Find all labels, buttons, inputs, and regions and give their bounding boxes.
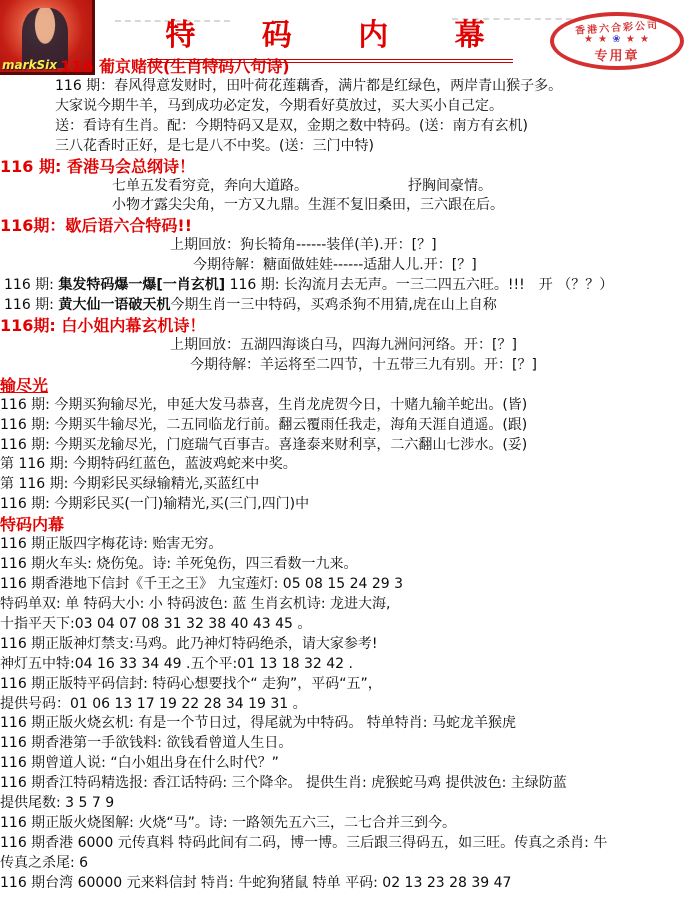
text-line: 116 期: 今期买牛输尽光，二五同临龙行前。翻云覆雨任我走，海角天涯自逍遥。(… (0, 416, 690, 436)
text-content: 小物才露尖尖角，一方又九鼎。生涯不复旧桑田，三六跟在后。 (112, 197, 504, 213)
text-content: 输尽光 (0, 376, 48, 395)
section-heading: 116期：歇后语六合特码!! (0, 216, 690, 236)
text-content: 特码单双: 单 特码大小: 小 特码波色: 蓝 生肖玄机诗: 龙进大海, (0, 596, 390, 612)
text-line: 116 期正版神灯禁支:马鸡。此乃神灯特码绝杀，请大家参考! (0, 635, 690, 655)
text-line: 第 116 期: 今期彩民买绿输精光,买蓝红中 (0, 475, 690, 495)
text-content: 116 期香港第一手欲钱料: 欲钱看曾道人生日。 (0, 735, 292, 751)
text-content: 特码内幕 (0, 515, 64, 534)
text-line: 116 期: 集发特码爆一爆[一肖玄机] 116 期: 长沟流月去无声。一三二四… (0, 276, 690, 296)
text-content: 116 期正版神灯禁支:马鸡。此乃神灯特码绝杀，请大家参考! (0, 636, 378, 652)
text-line: 116 期香江特码精选报: 香江话特码: 三个降伞。 提供生肖: 虎猴蛇马鸡 提… (0, 774, 690, 794)
text-line: 116 期火车头: 烧伤兔。诗: 羊死兔伤，四三看数一九来。 (0, 555, 690, 575)
text-line: 十指平天下:03 04 07 08 31 32 38 40 43 45 。 (0, 615, 690, 635)
text-line: 上期回放：狗长犄角------装佯(羊).开：[？] (0, 236, 690, 256)
text-line: 116 期: 今期买狗输尽光，申延大发马恭喜，生肖龙虎贺今日，十赌九输羊蛇出。(… (0, 396, 690, 416)
text-segment: 集发特码爆一爆[一肖玄机] (58, 277, 225, 293)
text-content: 116 葡京赌侠(生肖特码八句诗) (60, 57, 290, 76)
text-content: 116 期正版四字梅花诗: 贻害无穷。 (0, 536, 222, 552)
text-content: 116期: 白小姐内幕玄机诗！ (0, 316, 205, 335)
text-content: 传真之杀尾: 6 (0, 855, 88, 871)
text-content: 第 116 期: 今期特码红蓝色，蓝波鸡蛇来中奖。 (0, 456, 297, 472)
text-content: 提供尾数: 3 5 7 9 (0, 795, 114, 811)
text-line: 提供尾数: 3 5 7 9 (0, 794, 690, 814)
text-line: 116 期正版火烧图解: 火烧“马”。诗: 一路领先五六三，二七合并三到今。 (0, 814, 690, 834)
text-line: 116 期香港 6000 元传真料 特码此间有二码，博一博。三后跟三得码五，如三… (0, 834, 690, 854)
text-content: 送：看诗有生肖。配：今期特码又是双，金期之数中特码。(送：南方有玄机) (55, 118, 528, 134)
stars-right: ★ ★ (626, 34, 650, 45)
text-line: 大家说今期牛羊，马到成功必定发，今期看好莫放过，买大买小自己定。 (0, 97, 690, 117)
text-line: 神灯五中特:04 16 33 34 49 .五个平:01 13 18 32 42… (0, 655, 690, 675)
text-line: 116 期香港地下信封《千王之王》 九宝莲灯: 05 08 15 24 29 3 (0, 575, 690, 595)
text-content: 116 期正版火烧玄机: 有是一个节日过，得尾就为中特码。 特单特肖: 马蛇龙羊… (0, 715, 516, 731)
page-title: 特 码 内 幕 (147, 8, 512, 63)
text-line: 今期待解：糖面做娃娃------适甜人儿.开：[？] (0, 256, 690, 276)
text-content: 116 期: 今期买狗输尽光，申延大发马恭喜，生肖龙虎贺今日，十赌九输羊蛇出。(… (0, 397, 527, 413)
text-content: 提供号码：01 06 13 17 19 22 28 34 19 31 。 (0, 696, 307, 712)
text-content: 116 期: 今期买牛输尽光，二五同临龙行前。翻云覆雨任我走，海角天涯自逍遥。(… (0, 417, 527, 433)
text-segment: 抒胸间豪情。 (408, 178, 492, 194)
text-line: 第 116 期: 今期特码红蓝色，蓝波鸡蛇来中奖。 (0, 455, 690, 475)
text-line: 七单五发看穷竞，奔向大道路。抒胸间豪情。 (0, 177, 690, 197)
flower-icon: ❀ (612, 34, 621, 45)
text-content: 三八花香时正好，是七是八不中奖。(送：三门中特) (55, 138, 374, 154)
text-content: 116 期：春风得意发财时，田叶荷花莲藕香，满片都是红绿色，两岸青山猴子多。 (55, 78, 562, 94)
text-segment: 116 期: 长沟流月去无声。一三二四五六旺。!!! 开 （？？） (225, 277, 613, 293)
text-content: 上期回放：狗长犄角------装佯(羊).开：[？] (170, 237, 437, 253)
text-content: 大家说今期牛羊，马到成功必定发，今期看好莫放过，买大买小自己定。 (55, 98, 503, 114)
text-content: 神灯五中特:04 16 33 34 49 .五个平:01 13 18 32 42… (0, 656, 353, 672)
text-content: 116 期香江特码精选报: 香江话特码: 三个降伞。 提供生肖: 虎猴蛇马鸡 提… (0, 775, 567, 791)
text-line: 传真之杀尾: 6 (0, 854, 690, 874)
text-content: 116 期: 香港马会总纲诗！ (0, 157, 195, 176)
text-line: 116 期正版四字梅花诗: 贻害无穷。 (0, 535, 690, 555)
text-line: 特码单双: 单 特码大小: 小 特码波色: 蓝 生肖玄机诗: 龙进大海, (0, 595, 690, 615)
text-content: 第 116 期: 今期彩民买绿输精光,买蓝红中 (0, 476, 259, 492)
section-heading: 特码内幕 (0, 515, 690, 535)
text-line: 116 期: 今期彩民买(一门)输精光,买(三门,四门)中 (0, 495, 690, 515)
text-segment: 116 期: (4, 277, 58, 293)
text-content: 116 期正版特平码信封: 特码心想要找个“ 走狗”，平码“五”， (0, 676, 382, 692)
text-content: 今期待解：羊运将至二四节，十五带三九有别。开：[？] (190, 357, 537, 373)
text-content: 116 期正版火烧图解: 火烧“马”。诗: 一路领先五六三，二七合并三到今。 (0, 815, 456, 831)
tip-sheet-page: markSix 特 码 内 幕 香港六合彩公司 ★ ★ ❀ ★ ★ 专用章 11… (0, 0, 690, 897)
text-line: 提供号码：01 06 13 17 19 22 28 34 19 31 。 (0, 695, 690, 715)
text-content: 116 期香港 6000 元传真料 特码此间有二码，博一博。三后跟三得码五，如三… (0, 835, 607, 851)
text-content: 十指平天下:03 04 07 08 31 32 38 40 43 45 。 (0, 616, 311, 632)
text-content: 116 期: 今期买龙输尽光，门庭瑞气百事吉。喜逢泰来财利享，二六翻山七涉水。(… (0, 437, 527, 453)
text-content: 116 期曾道人说: “白小姐出身在什么时代？” (0, 755, 279, 771)
text-line: 小物才露尖尖角，一方又九鼎。生涯不复旧桑田，三六跟在后。 (0, 196, 690, 216)
text-content: 116 期火车头: 烧伤兔。诗: 羊死兔伤，四三看数一九来。 (0, 556, 358, 572)
text-content: 今期待解：糖面做娃娃------适甜人儿.开：[？] (193, 257, 477, 273)
text-line: 116 期：春风得意发财时，田叶荷花莲藕香，满片都是红绿色，两岸青山猴子多。 (0, 77, 690, 97)
text-line: 116 期香港第一手欲钱料: 欲钱看曾道人生日。 (0, 734, 690, 754)
masthead: 特 码 内 幕 (110, 8, 550, 63)
section-heading: 116 葡京赌侠(生肖特码八句诗) (0, 57, 690, 77)
text-content: 116 期香港地下信封《千王之王》 九宝莲灯: 05 08 15 24 29 3 (0, 576, 403, 592)
text-line: 今期待解：羊运将至二四节，十五带三九有别。开：[？] (0, 356, 690, 376)
text-segment: 今期生肖一三中特码，买鸡杀狗不用猜,虎在山上自称 (170, 297, 496, 313)
text-line: 116 期: 黄大仙一语破天机今期生肖一三中特码，买鸡杀狗不用猜,虎在山上自称 (0, 296, 690, 316)
text-content: 116 期: 今期彩民买(一门)输精光,买(三门,四门)中 (0, 496, 309, 512)
text-segment: 116 期: (4, 297, 58, 313)
text-line: 送：看诗有生肖。配：今期特码又是双，金期之数中特码。(送：南方有玄机) (0, 117, 690, 137)
section-heading: 116 期: 香港马会总纲诗！ (0, 157, 690, 177)
content-lines: 116 葡京赌侠(生肖特码八句诗)116 期：春风得意发财时，田叶荷花莲藕香，满… (0, 57, 690, 894)
text-content: 116期：歇后语六合特码!! (0, 216, 192, 235)
text-line: 116 期台湾 60000 元来料信封 特肖: 牛蛇狗猪鼠 特单 平码: 02 … (0, 874, 690, 894)
text-segment: 七单五发看穷竞，奔向大道路。 (112, 178, 308, 194)
text-line: 116 期曾道人说: “白小姐出身在什么时代？” (0, 754, 690, 774)
text-line: 116 期: 今期买龙输尽光，门庭瑞气百事吉。喜逢泰来财利享，二六翻山七涉水。(… (0, 436, 690, 456)
text-segment: 黄大仙一语破天机 (58, 297, 170, 313)
text-line: 三八花香时正好，是七是八不中奖。(送：三门中特) (0, 137, 690, 157)
text-content: 上期回放：五湖四海谈白马，四海九洲问河络。开：[？] (170, 337, 517, 353)
section-heading: 输尽光 (0, 376, 690, 396)
text-line: 116 期正版火烧玄机: 有是一个节日过，得尾就为中特码。 特单特肖: 马蛇龙羊… (0, 714, 690, 734)
text-line: 上期回放：五湖四海谈白马，四海九洲问河络。开：[？] (0, 336, 690, 356)
text-line: 116 期正版特平码信封: 特码心想要找个“ 走狗”，平码“五”， (0, 675, 690, 695)
text-content: 116 期台湾 60000 元来料信封 特肖: 牛蛇狗猪鼠 特单 平码: 02 … (0, 875, 511, 891)
section-heading: 116期: 白小姐内幕玄机诗！ (0, 316, 690, 336)
